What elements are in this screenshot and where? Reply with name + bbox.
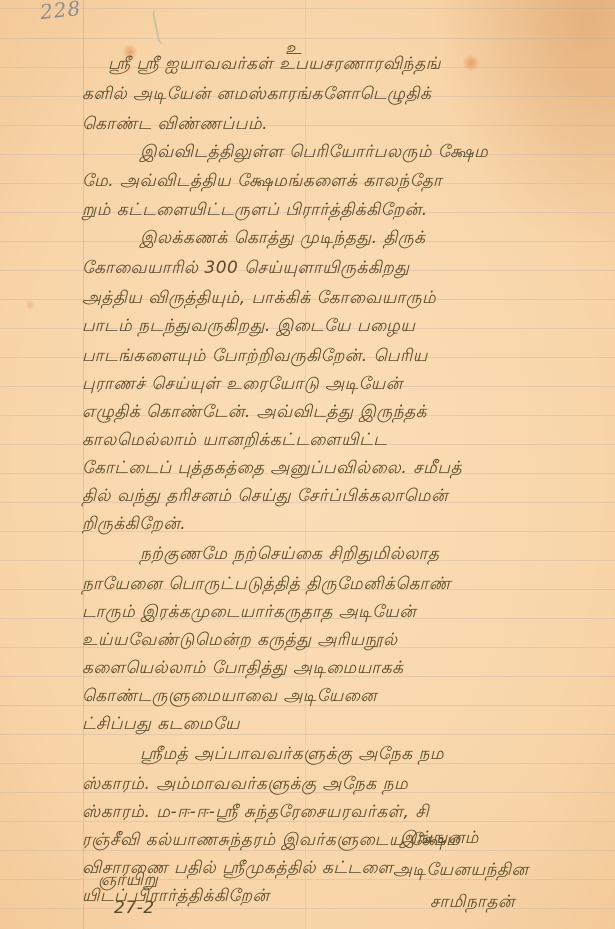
stain-spot xyxy=(25,300,35,310)
letter-line: அத்திய விருத்தியும், பாக்கிக் கோவையாரும் xyxy=(82,284,436,313)
letter-line: களையெல்லாம் போதித்து அடிமையாகக் xyxy=(82,654,403,683)
letter-line: களில் அடியேன் னமஸ்காரங்களோடெழுதிக் xyxy=(82,80,431,109)
letter-line: டாரும் இரக்கமுடையார்கருதாத அடியேன் xyxy=(82,598,416,627)
letter-line: கோட்டைப் புத்தகத்தை அனுப்பவில்லை. சமீபத் xyxy=(82,454,462,483)
letter-line: புராணச் செய்யுள் உரையோடு அடியேன் xyxy=(82,370,403,399)
letter-page: 228 உ ஸ்ரீ ஸ்ரீ ஐயாவவர்கள் உபயசரணாரவிந்த… xyxy=(0,0,615,929)
letter-line: உய்யவேண்டுமென்ற கருத்து அரியநூல் xyxy=(82,626,398,655)
letter-line: ஸ்ரீமத் அப்பாவவர்களுக்கு அநேக நம xyxy=(140,740,444,769)
letter-line: காலமெல்லாம் யானறிக்கட்டளையிட்ட xyxy=(82,426,387,455)
letter-line: பாடங்களையும் போற்றிவருகிறேன். பெரிய xyxy=(82,342,428,371)
signature-line-2: சாமிநாதன் xyxy=(430,892,515,914)
letter-line: ஸ்காரம். ம-ஈ-ஈ-ஸ்ரீ சுந்தரேசையரவர்கள், ச… xyxy=(82,798,429,827)
letter-line: கொண்ட விண்ணப்பம். xyxy=(82,110,268,139)
letter-line: நாயேனை பொருட்படுத்தித் திருமேனிக்கொண் xyxy=(82,570,451,599)
letter-line: இலக்கணக் கொத்து முடிந்தது. திருக் xyxy=(140,224,426,253)
letter-line: பாடம் நடந்துவருகிறது. இடையே பழைய xyxy=(82,312,416,341)
letter-line: எழுதிக் கொண்டேன். அவ்விடத்து இருந்தக் xyxy=(82,398,427,427)
letter-line: றும் கட்டளையிட்டருளப் பிரார்த்திக்கிறேன்… xyxy=(82,196,428,225)
signature-line-1: அடியேனயந்தின xyxy=(393,860,528,882)
letter-line: ஸ்காரம். அம்மாவவர்களுக்கு அநேக நம xyxy=(82,770,408,799)
letter-line: நற்குணமே நற்செய்கை சிறிதுமில்லாத xyxy=(140,540,439,569)
letter-line: கொண்டருளுமையாவை அடியேனை xyxy=(82,682,377,711)
dateline-date: 27-2 xyxy=(114,898,155,918)
closing-salutation: இங்ஙனம் xyxy=(400,828,479,850)
letter-line: கோவையாரில் 300 செய்யுளாயிருக்கிறது xyxy=(82,254,410,283)
letter-line: இவ்விடத்திலுள்ள பெரியோர்பலரும் க்ஷேம xyxy=(140,138,488,167)
letter-line: மே. அவ்விடத்திய க்ஷேமங்களைக் காலந்தோ xyxy=(82,167,442,196)
letter-line: தில் வந்து தரிசனம் செய்து சேர்ப்பிக்கலாம… xyxy=(82,482,448,511)
dateline-weekday: ஞாயிறு xyxy=(98,870,158,892)
stain-spot xyxy=(462,54,480,72)
letter-line: றிருக்கிறேன். xyxy=(82,510,186,539)
letter-line: ஸ்ரீ ஸ்ரீ ஐயாவவர்கள் உபயசரணாரவிந்தங் xyxy=(108,50,441,79)
letter-line: ட்சிப்பது கடமையே xyxy=(82,710,240,739)
